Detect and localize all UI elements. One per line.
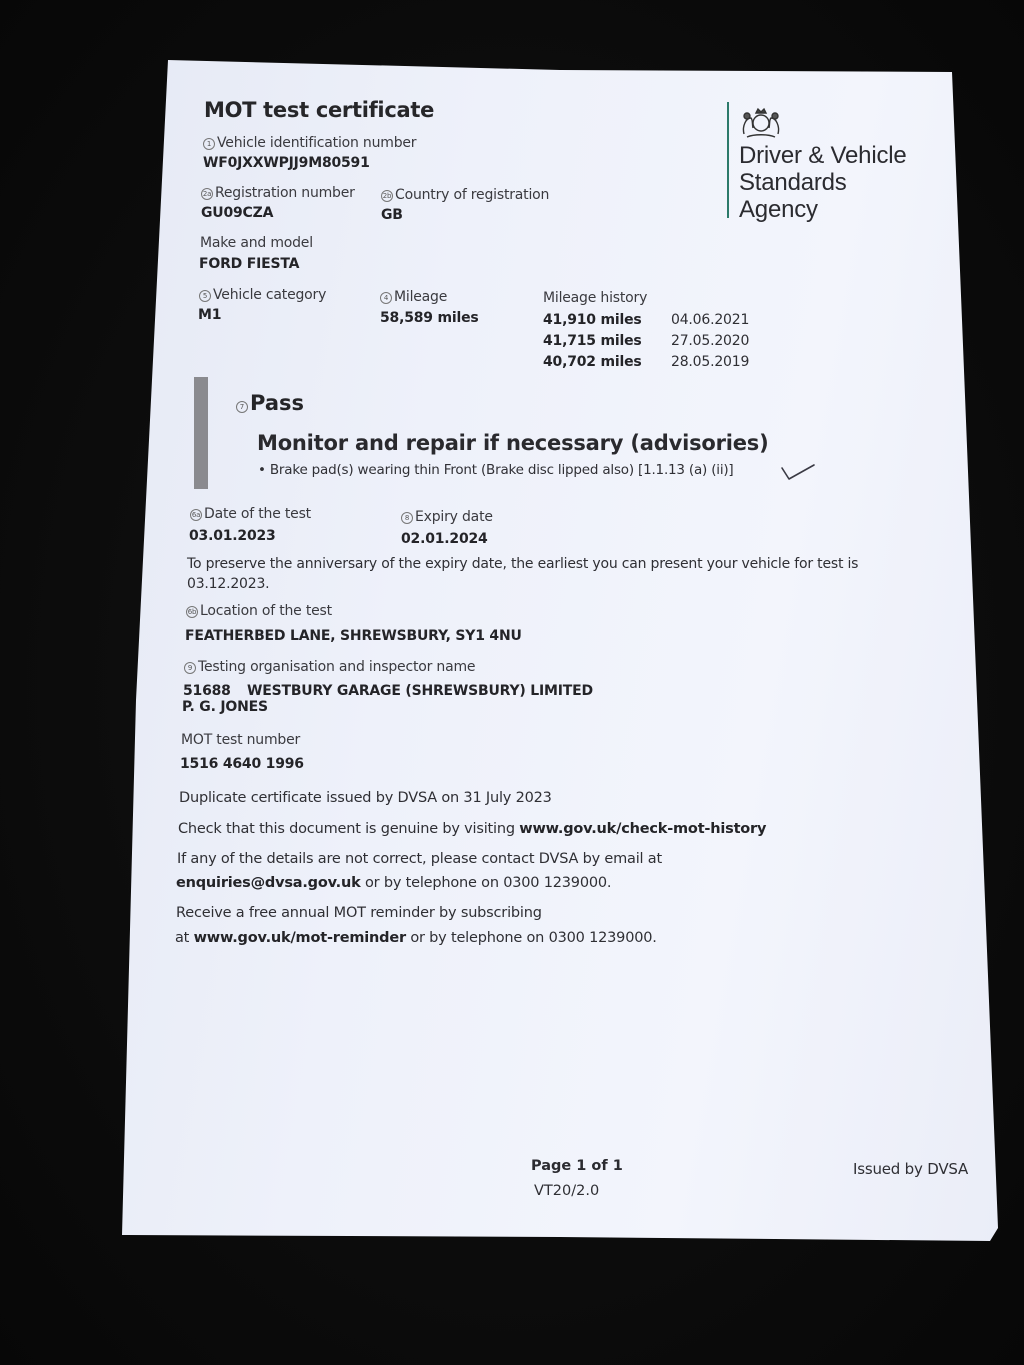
issuer-accent-bar [727, 102, 729, 218]
make-model-value: FORD FIESTA [199, 256, 299, 272]
registration-value: GU09CZA [201, 205, 273, 221]
category-label: 5Vehicle category [199, 287, 326, 303]
test-number-label: MOT test number [181, 732, 300, 748]
mileage-history-date: 27.05.2020 [671, 333, 749, 349]
mileage-label-text: Mileage [394, 289, 447, 305]
country-value: GB [381, 207, 403, 223]
reminder-notice-line1: Receive a free annual MOT reminder by su… [176, 905, 542, 921]
field-ref-badge: 7 [236, 401, 248, 413]
mileage-history-date: 04.06.2021 [671, 312, 749, 328]
field-ref-badge: 5 [199, 290, 211, 302]
duplicate-notice: Duplicate certificate issued by DVSA on … [179, 790, 552, 806]
earliest-test-date: 03.12.2023. [187, 576, 269, 592]
country-label: 2bCountry of registration [381, 187, 549, 203]
mot-certificate: MOT test certificate Driver & Vehicle St… [0, 0, 1024, 1365]
check-mot-history-link[interactable]: www.gov.uk/check-mot-history [519, 821, 766, 837]
issuer-name-line: Standards [739, 169, 907, 196]
reminder-prefix-text: at [175, 930, 194, 946]
advisory-item: • Brake pad(s) wearing thin Front (Brake… [258, 462, 734, 478]
form-reference: VT20/2.0 [534, 1183, 599, 1199]
dvsa-email-link[interactable]: enquiries@dvsa.gov.uk [176, 875, 361, 891]
expiry-date-value: 02.01.2024 [401, 531, 488, 547]
genuine-check-notice: Check that this document is genuine by v… [178, 821, 766, 837]
issued-by: Issued by DVSA [853, 1160, 968, 1178]
testing-org-label-text: Testing organisation and inspector name [198, 659, 475, 675]
page-number: Page 1 of 1 [531, 1158, 623, 1174]
testing-org-label: 9Testing organisation and inspector name [184, 659, 475, 675]
test-date-label-text: Date of the test [204, 506, 311, 522]
testing-org-name: WESTBURY GARAGE (SHREWSBURY) LIMITED [247, 683, 593, 699]
field-ref-badge: 1 [203, 138, 215, 150]
vin-value: WF0JXXWPJJ9M80591 [203, 155, 370, 171]
contact-notice-line2: enquiries@dvsa.gov.uk or by telephone on… [176, 875, 611, 891]
advisory-text: Brake pad(s) wearing thin Front (Brake d… [270, 462, 734, 478]
inspector-name: P. G. JONES [182, 699, 268, 715]
category-value: M1 [198, 307, 221, 323]
reminder-phone-text: or by telephone on 0300 1239000. [406, 930, 657, 946]
result-indicator-bar [194, 377, 208, 489]
issuer-name-line: Driver & Vehicle [739, 142, 907, 169]
issuer-name-line: Agency [739, 196, 907, 223]
vin-label-text: Vehicle identification number [217, 135, 416, 151]
location-value: FEATHERBED LANE, SHREWSBURY, SY1 4NU [185, 628, 522, 644]
royal-coat-of-arms-icon [738, 104, 784, 140]
result-status: 7Pass [236, 391, 304, 415]
expiry-date-label: 8Expiry date [401, 509, 493, 525]
test-date-label: 6aDate of the test [190, 506, 311, 522]
location-label-text: Location of the test [200, 603, 332, 619]
contact-notice-line1: If any of the details are not correct, p… [177, 851, 662, 867]
anniversary-note: To preserve the anniversary of the expir… [187, 556, 858, 572]
mileage-history-miles: 41,910 miles [543, 312, 642, 328]
expiry-date-label-text: Expiry date [415, 509, 493, 525]
mileage-value: 58,589 miles [380, 310, 479, 326]
field-ref-badge: 8 [401, 512, 413, 524]
result-status-text: Pass [250, 391, 304, 415]
test-date-value: 03.01.2023 [189, 528, 276, 544]
testing-org-site-number: 51688 [183, 683, 231, 699]
make-model-label: Make and model [200, 235, 313, 251]
location-label: 6bLocation of the test [186, 603, 332, 619]
test-number-value: 1516 4640 1996 [180, 756, 304, 772]
advisories-title: Monitor and repair if necessary (advisor… [257, 431, 769, 455]
field-ref-badge: 4 [380, 292, 392, 304]
field-ref-badge: 2b [381, 190, 393, 202]
mileage-history-miles: 41,715 miles [543, 333, 642, 349]
reminder-notice-line2: at www.gov.uk/mot-reminder or by telepho… [175, 930, 657, 946]
genuine-check-text: Check that this document is genuine by v… [178, 821, 519, 837]
mileage-history-miles: 40,702 miles [543, 354, 642, 370]
mileage-label: 4Mileage [380, 289, 447, 305]
registration-label: 2aRegistration number [201, 185, 355, 201]
category-label-text: Vehicle category [213, 287, 326, 303]
page-title: MOT test certificate [204, 98, 434, 122]
country-label-text: Country of registration [395, 187, 549, 203]
contact-phone-text: or by telephone on 0300 1239000. [361, 875, 612, 891]
field-ref-badge: 6a [190, 509, 202, 521]
checkmark-icon [780, 460, 816, 482]
mileage-history-date: 28.05.2019 [671, 354, 749, 370]
mot-reminder-link[interactable]: www.gov.uk/mot-reminder [194, 930, 406, 946]
field-ref-badge: 2a [201, 188, 213, 200]
field-ref-badge: 9 [184, 662, 196, 674]
vin-label: 1Vehicle identification number [203, 135, 416, 151]
registration-label-text: Registration number [215, 185, 355, 201]
field-ref-badge: 6b [186, 606, 198, 618]
mileage-history-label: Mileage history [543, 290, 647, 306]
issuer-name: Driver & Vehicle Standards Agency [739, 142, 907, 223]
